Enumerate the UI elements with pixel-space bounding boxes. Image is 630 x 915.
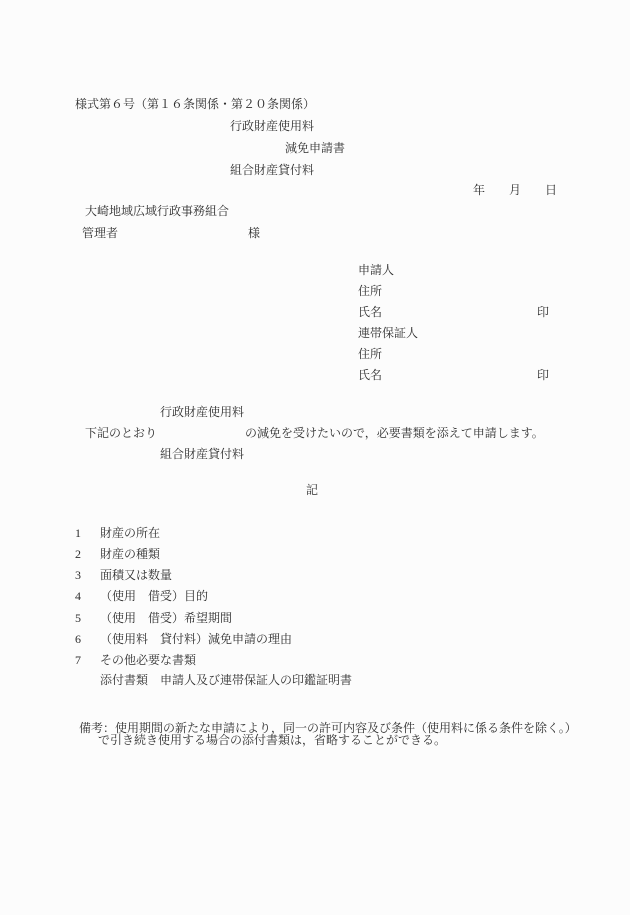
list-item-number: 2 bbox=[75, 547, 81, 562]
applicant-name-label: 氏名 bbox=[358, 305, 382, 320]
request-sentence: の減免を受けたいので，必要書類を添えて申請します。 bbox=[245, 426, 544, 441]
request-option-usage-fee: 行政財産使用料 bbox=[160, 405, 244, 420]
title-main: 減免申請書 bbox=[285, 141, 345, 156]
list-item-number: 6 bbox=[75, 632, 81, 647]
list-item-number: 5 bbox=[75, 611, 81, 626]
addressee-organization: 大崎地域広域行政事務組合 bbox=[85, 204, 229, 219]
document-page: 様式第６号（第１６条関係・第２０条関係） 行政財産使用料 減免申請書 組合財産貸… bbox=[0, 0, 630, 915]
list-item-text: （使用料 貸付料）減免申請の理由 bbox=[100, 632, 292, 647]
form-number: 様式第６号（第１６条関係・第２０条関係） bbox=[75, 97, 315, 112]
list-item-number: 3 bbox=[75, 568, 81, 583]
request-option-lending-fee: 組合財産貸付料 bbox=[160, 447, 244, 462]
request-lead: 下記のとおり bbox=[85, 426, 157, 441]
list-item-text: （使用 借受）目的 bbox=[100, 589, 208, 604]
guarantor-label: 連帯保証人 bbox=[358, 326, 418, 341]
addressee-role: 管理者 bbox=[82, 226, 118, 241]
title-option-usage-fee: 行政財産使用料 bbox=[230, 119, 314, 134]
guarantor-address-label: 住所 bbox=[358, 347, 382, 362]
remarks-line2: で引き続き使用する場合の添付書類は，省略することができる。 bbox=[98, 733, 446, 748]
list-item-text: 財産の所在 bbox=[100, 526, 160, 541]
list-item-text: その他必要な書類 bbox=[100, 653, 196, 668]
applicant-label: 申請人 bbox=[358, 263, 394, 278]
list-item-number: 7 bbox=[75, 653, 81, 668]
guarantor-seal-mark: 印 bbox=[537, 368, 549, 383]
applicant-address-label: 住所 bbox=[358, 284, 382, 299]
guarantor-name-label: 氏名 bbox=[358, 368, 382, 383]
list-item-text: 財産の種類 bbox=[100, 547, 160, 562]
record-heading: 記 bbox=[306, 483, 318, 498]
list-item-text: （使用 借受）希望期間 bbox=[100, 611, 232, 626]
date-line: 年 月 日 bbox=[473, 183, 557, 198]
addressee-honorific: 様 bbox=[248, 226, 260, 241]
list-item-number: 1 bbox=[75, 526, 81, 541]
applicant-seal-mark: 印 bbox=[537, 305, 549, 320]
list-item-number: 4 bbox=[75, 589, 81, 604]
title-option-lending-fee: 組合財産貸付料 bbox=[230, 163, 314, 178]
list-item-text: 面積又は数量 bbox=[100, 568, 172, 583]
attachment-note: 添付書類 申請人及び連帯保証人の印鑑証明書 bbox=[100, 673, 352, 688]
